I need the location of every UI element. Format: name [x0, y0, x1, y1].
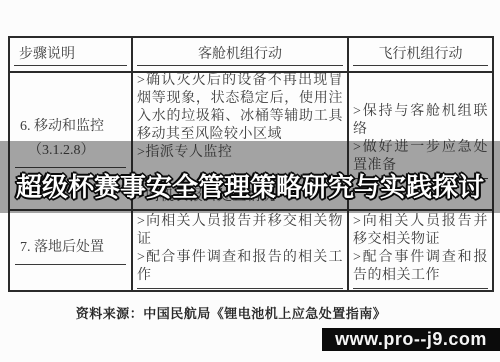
step-6-reference: （3.1.2.8）	[20, 139, 126, 163]
cabin-action-paragraph: >向相关人员报告并移交相关物证	[137, 213, 343, 249]
header-label-cabin-crew: 客舱机组行动	[137, 43, 343, 66]
source-citation: 资料来源：中国民航局《锂电池机上应急处置指南》	[0, 303, 462, 322]
step-7-title: 7. 落地后处置	[20, 236, 126, 260]
cabin-action-paragraph: >配合事件调查和报告的相关工作	[137, 249, 343, 285]
step-6-text: 6. 移动和监控 （3.1.2.8）	[15, 115, 126, 168]
header-cell-flight-crew: 飞行机组行动	[349, 38, 492, 73]
flight-action-paragraph: >做好进一步应急处置准备	[353, 139, 488, 175]
table-row-7-flight-cell: >向相关人员报告并移交相关物证 >配合事件调查和报告的相关工作	[349, 211, 492, 290]
cabin-actions-7: >向相关人员报告并移交相关物证 >配合事件调查和报告的相关工作	[137, 213, 343, 289]
watermark-url-text: www.pro--j9.com	[335, 329, 487, 350]
document-page: { "page": { "background_color": "#fcfcfc…	[0, 0, 500, 362]
flight-action-paragraph: >配合事件调查和报告的相关工作	[353, 249, 488, 285]
overlay-headline: 超级杯赛事安全管理策略研究与实践探讨	[0, 172, 500, 203]
procedure-table: 步骤说明 客舱机组行动 飞行机组行动 6. 移动和监控 （3.1.2.8） >确…	[8, 36, 494, 292]
flight-action-paragraph: >保持与客舱机组联络	[353, 103, 488, 139]
flight-actions-7: >向相关人员报告并移交相关物证 >配合事件调查和报告的相关工作	[353, 213, 488, 289]
cabin-action-paragraph: >确认灭火后的设备不再出现冒烟等现象，状态稳定后，使用注入水的垃圾箱、冰桶等辅助…	[137, 73, 343, 144]
step-6-title: 6. 移动和监控	[20, 115, 126, 139]
watermark-badge: www.pro--j9.com	[322, 328, 500, 351]
table-row-7-cabin-cell: >向相关人员报告并移交相关物证 >配合事件调查和报告的相关工作	[133, 211, 349, 290]
flight-action-paragraph: >向相关人员报告并移交相关物证	[353, 213, 488, 249]
step-7-text: 7. 落地后处置	[15, 236, 126, 265]
header-cell-cabin-crew: 客舱机组行动	[133, 38, 349, 73]
header-cell-step: 步骤说明	[10, 38, 133, 73]
flight-actions-6: >保持与客舱机组联络 >做好进一步应急处置准备	[353, 103, 488, 179]
cabin-action-paragraph: >指派专人监控	[137, 144, 343, 162]
header-label-step: 步骤说明	[14, 43, 127, 66]
header-label-flight-crew: 飞行机组行动	[353, 43, 488, 66]
table-row-7-step-cell: 7. 落地后处置	[10, 211, 133, 290]
